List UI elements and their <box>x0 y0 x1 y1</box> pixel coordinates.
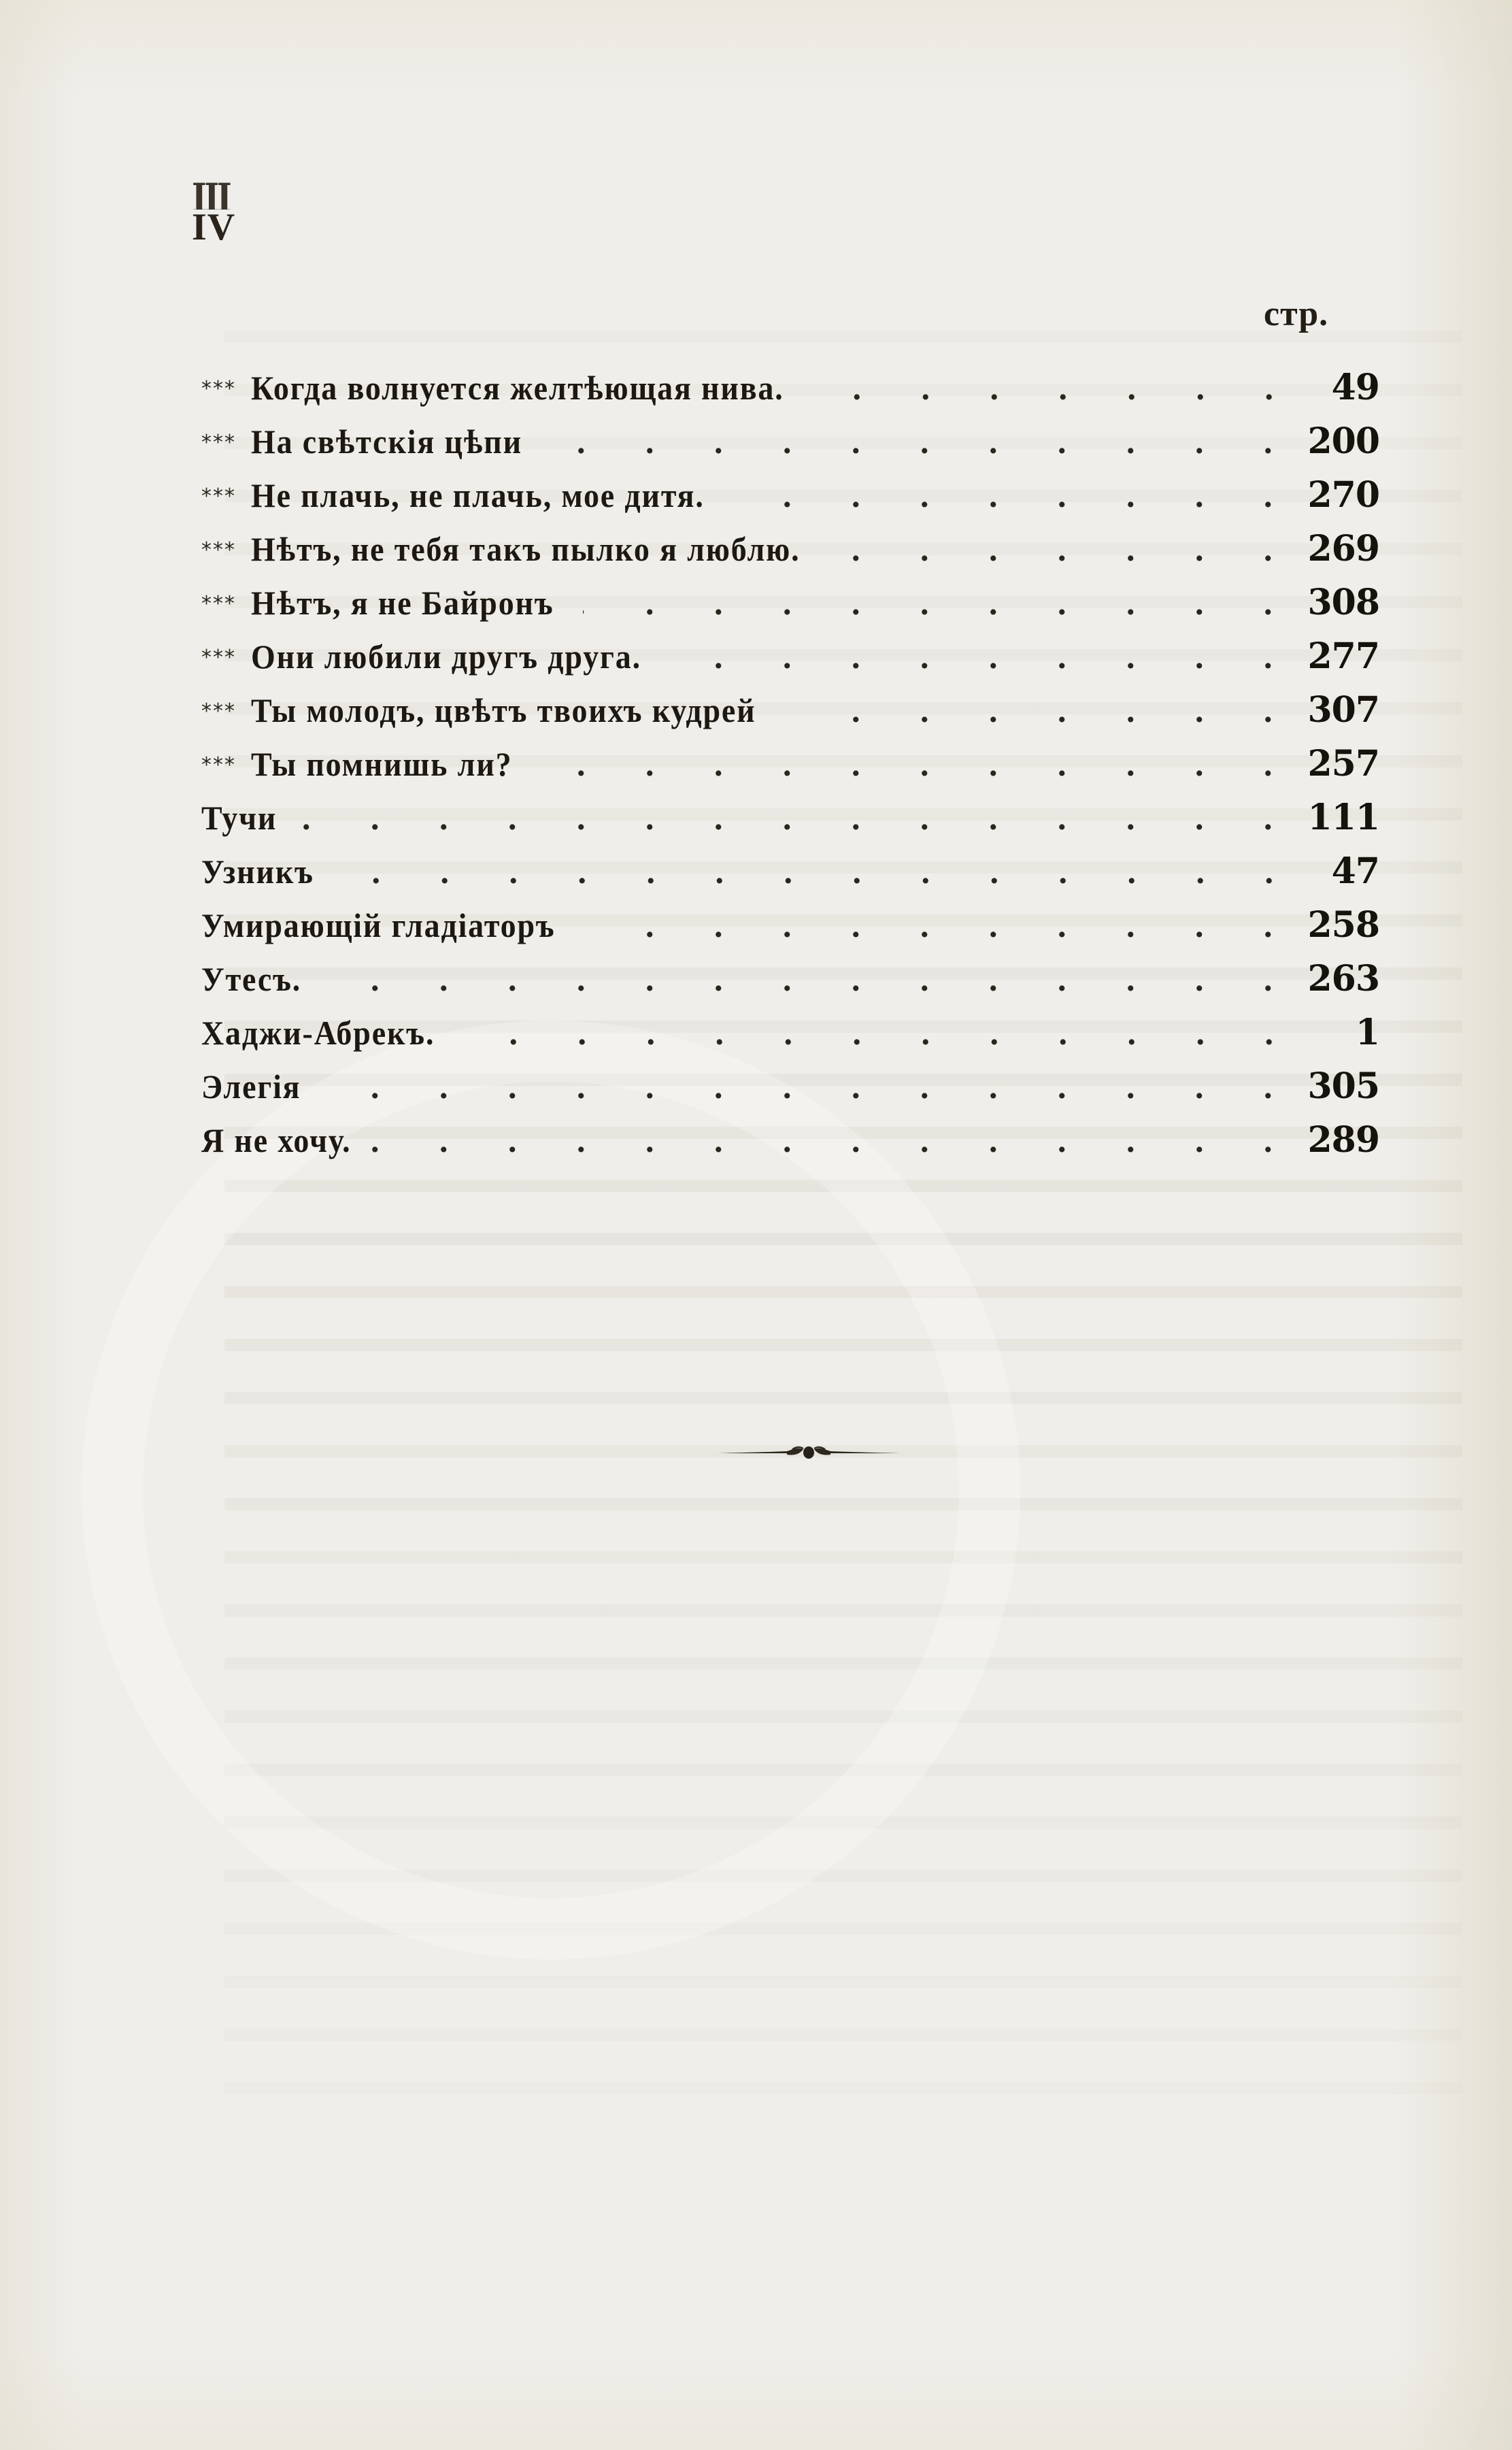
dot-leader: . . . . . . . . . . . . . . . . . . . . … <box>312 1060 1298 1114</box>
table-of-contents: *** Когда волнуется желтѣющая нива. . . … <box>201 361 1379 1167</box>
toc-entry: Элегія . . . . . . . . . . . . . . . . .… <box>201 1059 1379 1113</box>
dot-leader: . . . . . . . . . . . . . . <box>747 469 1298 523</box>
toc-entry-page: 1 <box>1309 1006 1379 1059</box>
dot-leader: . . . . . . . . . . . . <box>803 684 1298 738</box>
toc-entry: *** Ты молодъ, цвѣтъ твоихъ кудрей . . .… <box>201 683 1379 737</box>
toc-entry-title: Утесъ. <box>201 953 301 1006</box>
toc-entry: *** Ты помнишь ли? . . . . . . . . . . .… <box>201 737 1379 791</box>
toc-entry-title: Нѣтъ, не тебя такъ пылко я люблю. <box>251 523 800 576</box>
toc-entry-title: Нѣтъ, я не Байронъ <box>251 576 554 630</box>
toc-entry-page: 270 <box>1307 468 1379 522</box>
toc-entry: Умирающій гладіаторъ . . . . . . . . . .… <box>201 898 1379 952</box>
toc-entry: *** Они любили другъ друга. . . . . . . … <box>201 629 1379 683</box>
toc-entry-title: Ты молодъ, цвѣтъ твоихъ кудрей <box>251 684 756 738</box>
dot-leader: . . . . . . . . . . . . . . . . . . . . <box>589 899 1298 953</box>
toc-entry: Узникъ . . . . . . . . . . . . . . . . .… <box>201 844 1379 898</box>
dot-leader: . . . . . . . . . . . . . . . . . . . . … <box>286 791 1298 845</box>
handwritten-folio: III <box>192 178 235 210</box>
toc-entry-page: 305 <box>1307 1059 1379 1113</box>
toc-entry-page: 111 <box>1307 791 1379 844</box>
toc-entry: *** Когда волнуется желтѣющая нива. . . … <box>201 361 1379 414</box>
asterism-icon: *** <box>201 416 236 469</box>
toc-entry-title: Тучи <box>201 791 277 845</box>
toc-entry-page: 263 <box>1307 952 1379 1006</box>
page-column-header: стр. <box>1264 294 1328 334</box>
asterism-icon: *** <box>201 523 236 577</box>
printers-ornament-icon <box>716 1442 901 1463</box>
toc-entry-title: Хаджи-Абрекъ. <box>201 1006 435 1060</box>
page-number: III IV <box>192 178 246 246</box>
toc-entry-page: 307 <box>1307 683 1379 737</box>
toc-entry-title: Элегія <box>201 1060 301 1114</box>
asterism-icon: *** <box>201 469 236 523</box>
toc-entry: *** Нѣтъ, я не Байронъ . . . . . . . . .… <box>201 576 1379 629</box>
toc-entry-title: Они любили другъ друга. <box>251 630 641 684</box>
toc-entry: Я не хочу. . . . . . . . . . . . . . . .… <box>201 1113 1379 1167</box>
toc-entry-page: 289 <box>1307 1113 1379 1167</box>
dot-leader: . . . . . . . . . . . . . . . . . . . . … <box>313 953 1298 1006</box>
asterism-icon: *** <box>201 577 236 631</box>
dot-leader: . . . . . . . . . . . . . . . . . . . <box>583 576 1298 630</box>
toc-entry: *** Не плачь, не плачь, мое дитя. . . . … <box>201 468 1379 522</box>
toc-entry-title: Ты помнишь ли? <box>251 738 513 791</box>
dot-leader: . . . . . . . . . . . . . . . . . <box>549 415 1298 469</box>
dot-leader: . . . . . . . . . . . . . . . . . . . . … <box>326 845 1299 899</box>
dot-leader: . . . . . . . . . . . . . . . . . . . . … <box>458 1006 1299 1060</box>
toc-entry-page: 47 <box>1309 844 1379 898</box>
toc-entry: Тучи . . . . . . . . . . . . . . . . . .… <box>201 791 1379 844</box>
asterism-icon: *** <box>201 362 236 416</box>
toc-entry-page: 277 <box>1307 629 1379 683</box>
toc-entry: *** Нѣтъ, не тебя такъ пылко я люблю. . … <box>201 522 1379 576</box>
dot-leader: . . . . . . . . . . . . . . . . . . <box>678 630 1298 684</box>
toc-entry-title: На свѣтскія цѣпи <box>251 415 522 469</box>
toc-entry-page: 257 <box>1307 737 1379 791</box>
dot-leader: . . . . . . . . . . . . . . . . . . . . … <box>367 1114 1298 1168</box>
toc-entry-title: Умирающій гладіаторъ <box>201 899 556 953</box>
toc-entry-title: Когда волнуется желтѣющая нива. <box>251 361 784 415</box>
toc-entry: *** На свѣтскія цѣпи . . . . . . . . . .… <box>201 414 1379 468</box>
printed-folio: IV <box>192 208 246 246</box>
toc-entry-page: 258 <box>1307 898 1379 952</box>
asterism-icon: *** <box>201 684 236 738</box>
toc-entry-title: Узникъ <box>201 845 314 899</box>
toc-entry-page: 269 <box>1307 522 1379 576</box>
asterism-icon: *** <box>201 631 236 684</box>
dot-leader: . . . . . . . . . . . <box>833 361 1299 415</box>
dot-leader: . . . . . . . . . . . . . . . . . . . . … <box>538 738 1298 791</box>
asterism-icon: *** <box>201 738 236 792</box>
toc-entry: Утесъ. . . . . . . . . . . . . . . . . .… <box>201 952 1379 1006</box>
toc-entry-page: 308 <box>1307 576 1379 629</box>
toc-entry: Хаджи-Абрекъ. . . . . . . . . . . . . . … <box>201 1006 1379 1059</box>
toc-entry-page: 49 <box>1309 361 1379 414</box>
toc-entry-title: Я не хочу. <box>201 1114 351 1168</box>
toc-entry-page: 200 <box>1307 414 1379 468</box>
toc-entry-title: Не плачь, не плачь, мое дитя. <box>251 469 705 523</box>
dot-leader: . . . . . . . . . . <box>851 523 1298 576</box>
